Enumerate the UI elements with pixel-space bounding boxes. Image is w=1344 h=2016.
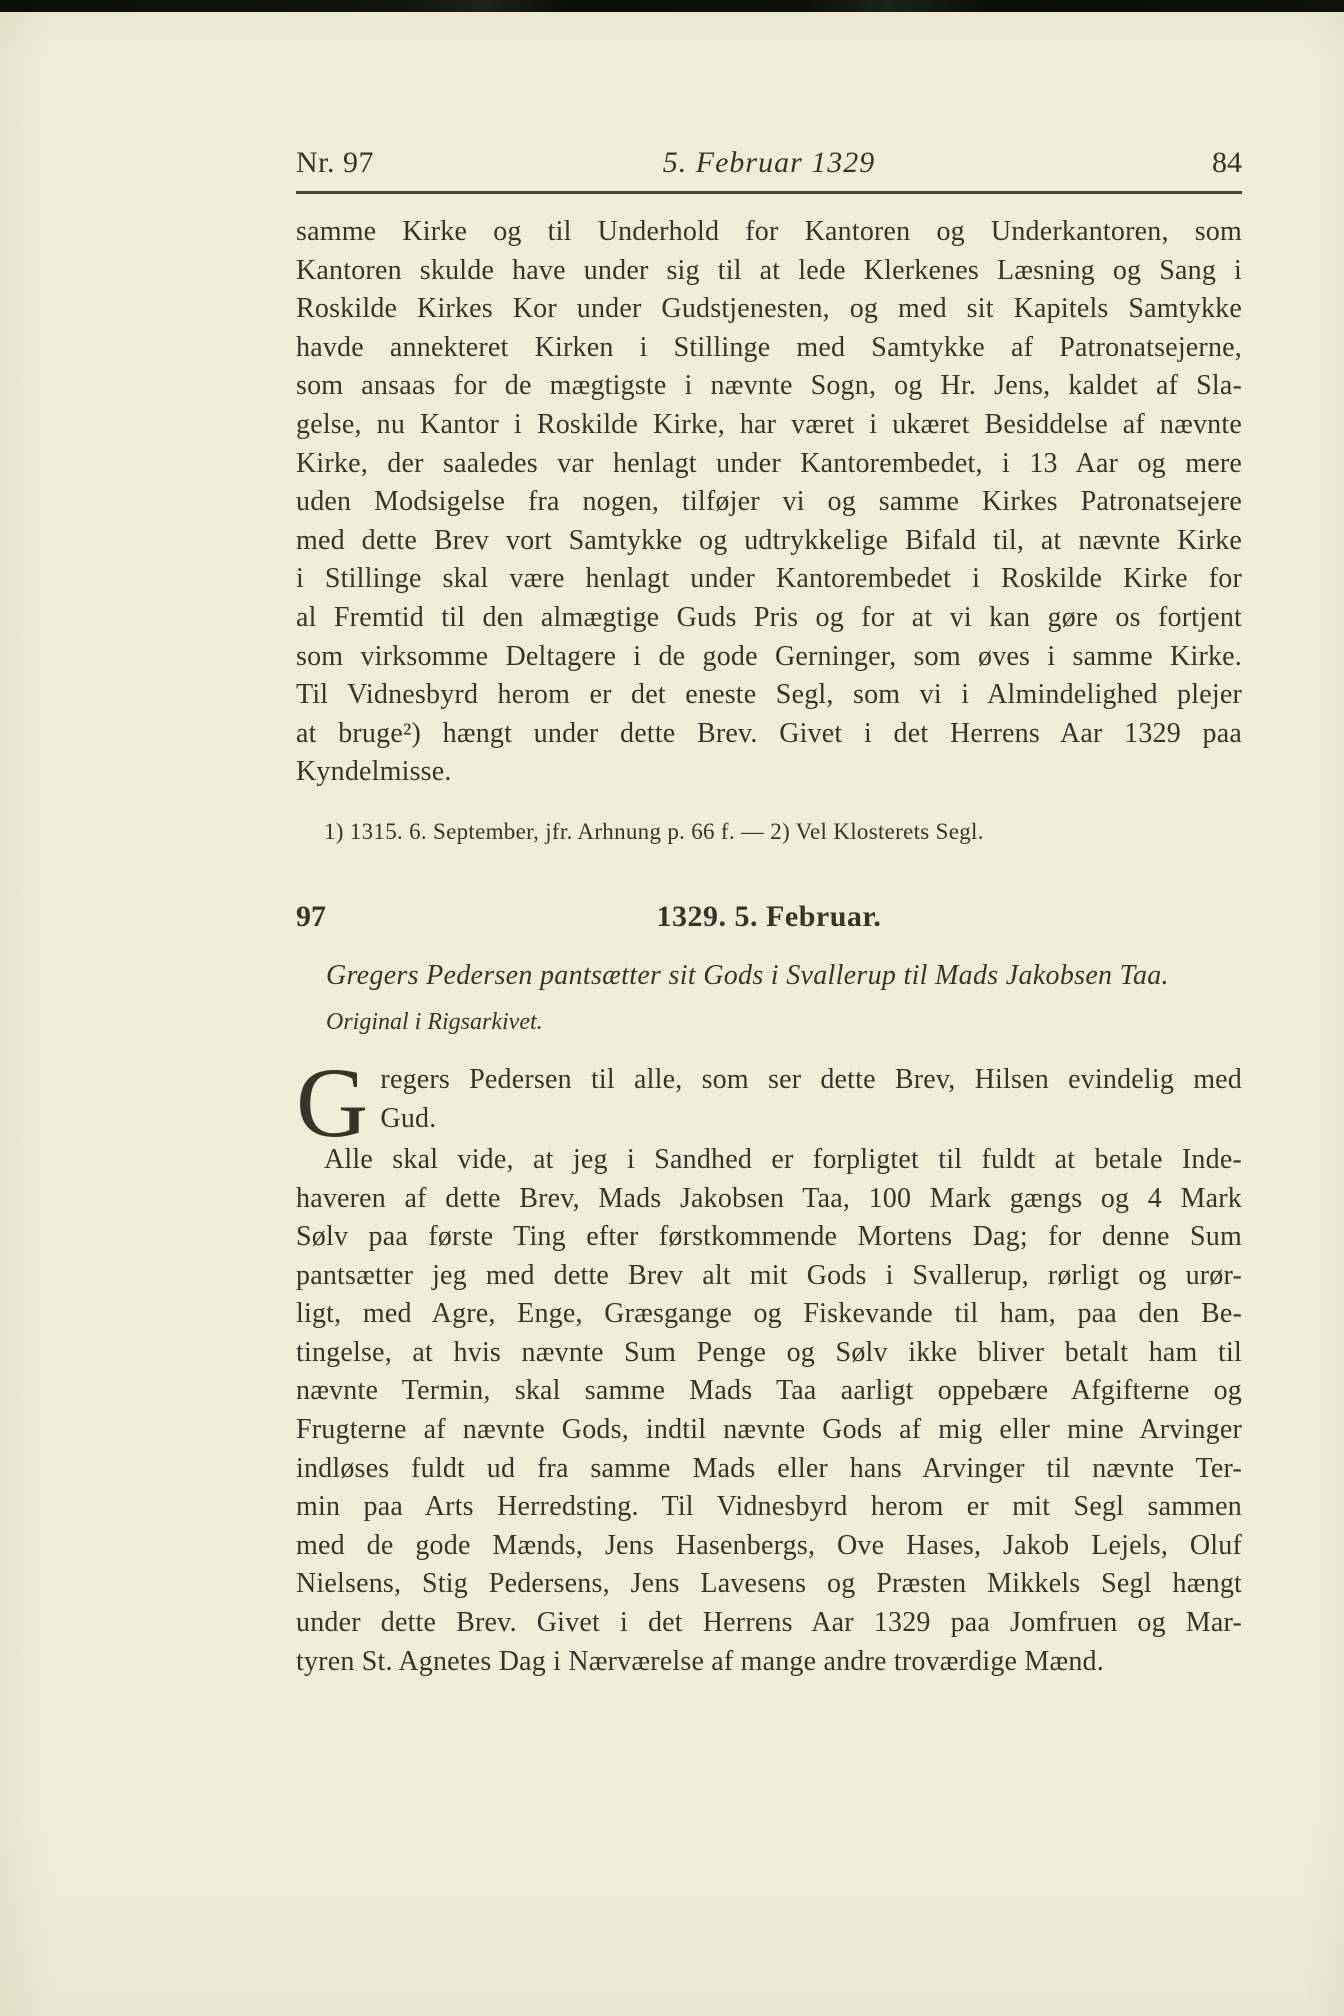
entry-number: 97	[296, 900, 516, 934]
header-date: 5. Februar 1329	[516, 146, 1022, 180]
text-line: Frugterne af nævnte Gods, indtil nævnte …	[296, 1411, 1242, 1450]
text-line: gelse, nu Kantor i Roskilde Kirke, har v…	[296, 406, 1242, 445]
text-line: tyren St. Agnetes Dag i Nærværelse af ma…	[296, 1643, 1242, 1682]
page-content: Nr. 97 5. Februar 1329 84 samme Kirke og…	[296, 12, 1242, 1681]
entry-96-continuation: samme Kirke og til Underhold for Kantore…	[296, 213, 1242, 792]
text-line: min paa Arts Herredsting. Til Vidnesbyrd…	[296, 1488, 1242, 1527]
text-line: ligt, med Agre, Enge, Græsgange og Fiske…	[296, 1295, 1242, 1334]
running-header: Nr. 97 5. Februar 1329 84	[296, 146, 1242, 180]
text-line: havde annekteret Kirken i Stillinge med …	[296, 329, 1242, 368]
header-rule	[296, 191, 1242, 194]
entry-source-note: Original i Rigsarkivet.	[296, 1008, 1242, 1036]
salutation-paragraph: G regers Pedersen til alle, som ser dett…	[296, 1061, 1242, 1138]
entry-97-body: Alle skal vide, at jeg i Sandhed er forp…	[296, 1141, 1242, 1681]
text-line: Alle skal vide, at jeg i Sandhed er forp…	[296, 1141, 1242, 1180]
text-line: at bruge²) hængt under dette Brev. Givet…	[296, 715, 1242, 754]
header-page-number: 84	[1022, 146, 1242, 180]
text-line: tingelse, at hvis nævnte Sum Penge og Sø…	[296, 1334, 1242, 1373]
text-line: som virksomme Deltagere i de gode Gernin…	[296, 638, 1242, 677]
text-line: Til Vidnesbyrd herom er det eneste Segl,…	[296, 676, 1242, 715]
text-line: regers Pedersen til alle, som ser dette …	[296, 1061, 1242, 1100]
text-line: Kantoren skulde have under sig til at le…	[296, 252, 1242, 291]
text-line: indløses fuldt ud fra samme Mads eller h…	[296, 1450, 1242, 1489]
entry-summary: Gregers Pedersen pantsætter sit Gods i S…	[296, 959, 1242, 993]
text-line: nævnte Termin, skal samme Mads Taa aarli…	[296, 1372, 1242, 1411]
entry-97-heading: 97 1329. 5. Februar.	[296, 900, 1242, 934]
entry-date-heading: 1329. 5. Februar.	[516, 900, 1022, 934]
text-line: med dette Brev vort Samtykke og udtrykke…	[296, 522, 1242, 561]
dropcap-initial: G	[296, 1063, 368, 1141]
text-line: Kirke, der saaledes var henlagt under Ka…	[296, 445, 1242, 484]
text-line: al Fremtid til den almægtige Guds Pris o…	[296, 599, 1242, 638]
header-entry-ref: Nr. 97	[296, 146, 516, 180]
text-line: uden Modsigelse fra nogen, tilføjer vi o…	[296, 483, 1242, 522]
text-line: Nielsens, Stig Pedersens, Jens Lavesens …	[296, 1565, 1242, 1604]
scan-edge-bar	[0, 0, 1344, 12]
text-line: Kyndelmisse.	[296, 753, 1242, 792]
text-line: som ansaas for de mægtigste i nævnte Sog…	[296, 367, 1242, 406]
text-line: i Stillinge skal være henlagt under Kant…	[296, 560, 1242, 599]
text-line: under dette Brev. Givet i det Herrens Aa…	[296, 1604, 1242, 1643]
text-line: haveren af dette Brev, Mads Jakobsen Taa…	[296, 1180, 1242, 1219]
book-page-scan: Nr. 97 5. Februar 1329 84 samme Kirke og…	[0, 0, 1344, 2016]
text-line: pantsætter jeg med dette Brev alt mit Go…	[296, 1257, 1242, 1296]
footnotes: 1) 1315. 6. September, jfr. Arhnung p. 6…	[296, 818, 1242, 846]
text-line: Sølv paa første Ting efter førstkommende…	[296, 1218, 1242, 1257]
text-line: med de gode Mænds, Jens Hasenbergs, Ove …	[296, 1527, 1242, 1566]
text-line: Roskilde Kirkes Kor under Gudstjenesten,…	[296, 290, 1242, 329]
text-line: samme Kirke og til Underhold for Kantore…	[296, 213, 1242, 252]
text-line: Gud.	[296, 1100, 1242, 1139]
